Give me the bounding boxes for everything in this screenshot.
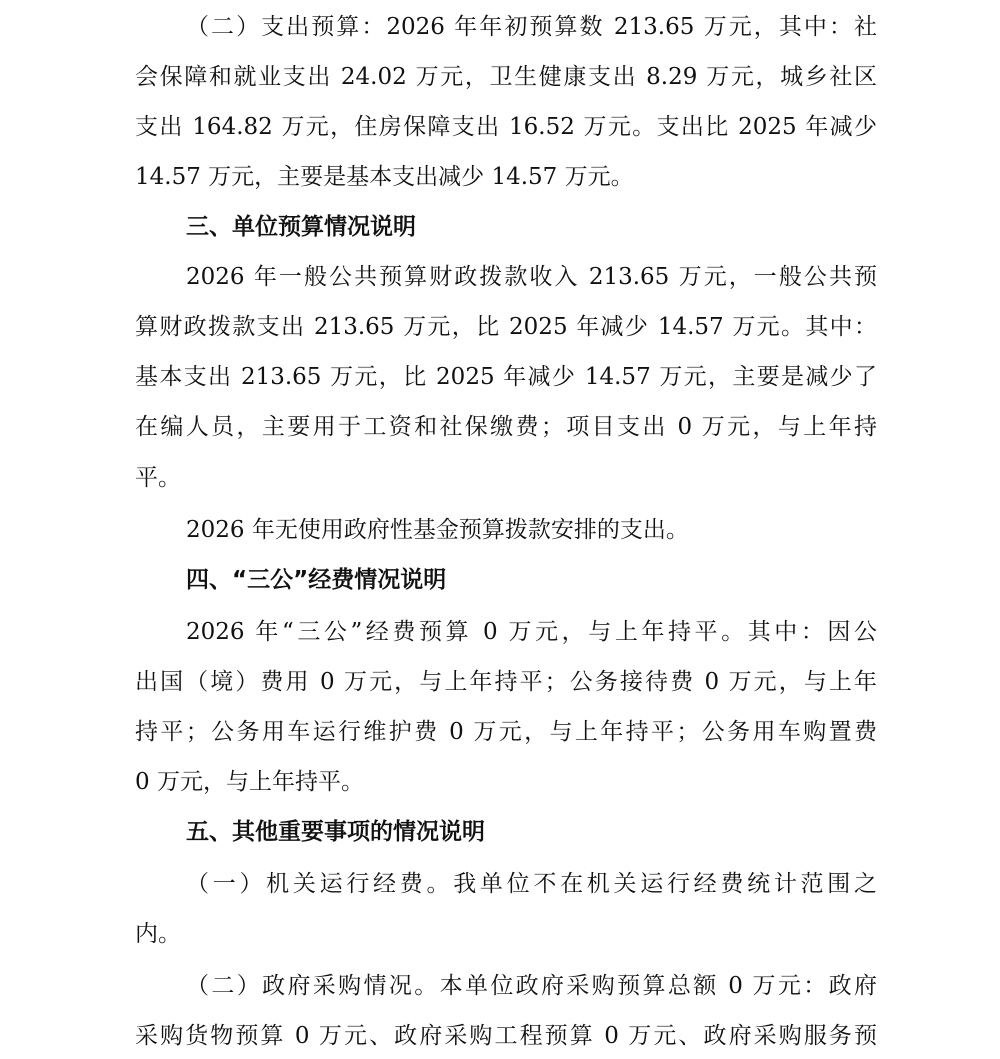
expenditure-budget-line-1: （二）支出预算：2026 年年初预算数 213.65 万元，其中：社 [186,7,877,47]
three-public-line-4: 0 万元，与上年持平。 [135,762,877,802]
gov-procurement-line-2: 采购货物预算 0 万元、政府采购工程预算 0 万元、政府采购服务预 [135,1016,877,1056]
operating-expenses-line-2: 内。 [135,914,877,954]
unit-budget-line-2: 算财政拨款支出 213.65 万元，比 2025 年减少 14.57 万元。其中… [135,307,877,347]
unit-budget-line-4: 在编人员，主要用于工资和社保缴费；项目支出 0 万元，与上年持 [135,407,877,447]
gov-procurement-line-1: （二）政府采购情况。本单位政府采购预算总额 0 万元：政府 [186,966,877,1006]
three-public-line-1: 2026 年“三公”经费预算 0 万元，与上年持平。其中：因公 [186,612,877,652]
unit-budget-line-3: 基本支出 213.65 万元，比 2025 年减少 14.57 万元，主要是减少… [135,357,877,397]
unit-budget-line-1: 2026 年一般公共预算财政拨款收入 213.65 万元，一般公共预 [186,257,877,297]
expenditure-budget-line-2: 会保障和就业支出 24.02 万元，卫生健康支出 8.29 万元，城乡社区 [135,57,877,97]
expenditure-budget-line-4: 14.57 万元，主要是基本支出减少 14.57 万元。 [135,157,877,197]
gov-fund-line-1: 2026 年无使用政府性基金预算拨款安排的支出。 [186,510,877,550]
expenditure-budget-line-3: 支出 164.82 万元，住房保障支出 16.52 万元。支出比 2025 年减… [135,107,877,147]
three-public-line-3: 持平；公务用车运行维护费 0 万元，与上年持平；公务用车购置费 [135,712,877,752]
unit-budget-line-5: 平。 [135,458,877,498]
section-heading-4: 四、“三公”经费情况说明 [186,560,877,600]
section-heading-5: 五、其他重要事项的情况说明 [186,812,877,852]
three-public-line-2: 出国（境）费用 0 万元，与上年持平；公务接待费 0 万元，与上年 [135,662,877,702]
operating-expenses-line-1: （一）机关运行经费。我单位不在机关运行经费统计范围之 [186,864,877,904]
section-heading-3: 三、单位预算情况说明 [186,207,877,247]
